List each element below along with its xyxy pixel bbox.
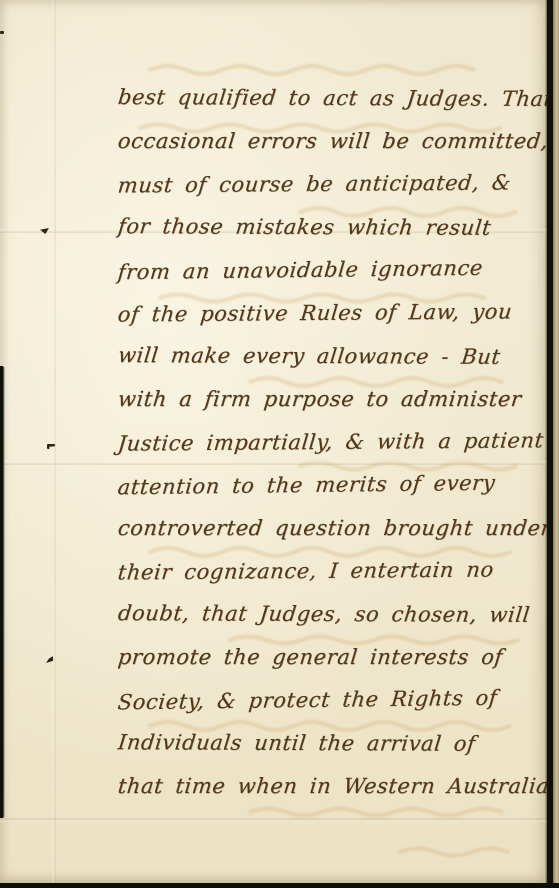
manuscript-line: their cognizance, I entertain no — [118, 549, 543, 592]
manuscript-line: of the positive Rules of Law, you — [118, 291, 543, 334]
manuscript-line: occasional errors will be committed, — [118, 119, 543, 162]
manuscript-line: attention to the merits of every — [118, 463, 543, 506]
manuscript-line: best qualified to act as Judges. That — [118, 76, 543, 119]
manuscript-line: Justice impartially, & with a patient — [118, 420, 543, 463]
manuscript-line: promote the general interests of — [118, 635, 543, 678]
manuscript-page: best qualified to act as Judges. That oc… — [0, 0, 547, 884]
underlying-page-edge — [553, 0, 559, 888]
page-edge-shadow — [545, 0, 553, 888]
manuscript-line: Individuals until the arrival of — [118, 721, 543, 764]
manuscript-line: from an unavoidable ignorance — [118, 248, 543, 291]
manuscript-line: that time when in Western Australia, — [118, 764, 543, 807]
manuscript-line: will make every allowance - But — [118, 334, 543, 377]
manuscript-line: must of course be anticipated, & — [118, 162, 543, 205]
fold-line — [0, 818, 547, 822]
vertical-crease — [52, 0, 56, 884]
manuscript-photo: best qualified to act as Judges. That oc… — [0, 0, 559, 888]
manuscript-line: with a firm purpose to administer — [118, 377, 543, 420]
manuscript-text: best qualified to act as Judges. That oc… — [118, 76, 543, 807]
manuscript-line: doubt, that Judges, so chosen, will — [118, 592, 543, 635]
manuscript-line: Society, & protect the Rights of — [118, 678, 543, 721]
manuscript-line: for those mistakes which result — [118, 205, 543, 248]
page-edge-shadow-left — [0, 366, 5, 818]
edge-mark — [0, 31, 4, 34]
page-edge-shadow-bottom — [0, 883, 559, 888]
manuscript-line: controverted question brought under — [118, 506, 543, 549]
